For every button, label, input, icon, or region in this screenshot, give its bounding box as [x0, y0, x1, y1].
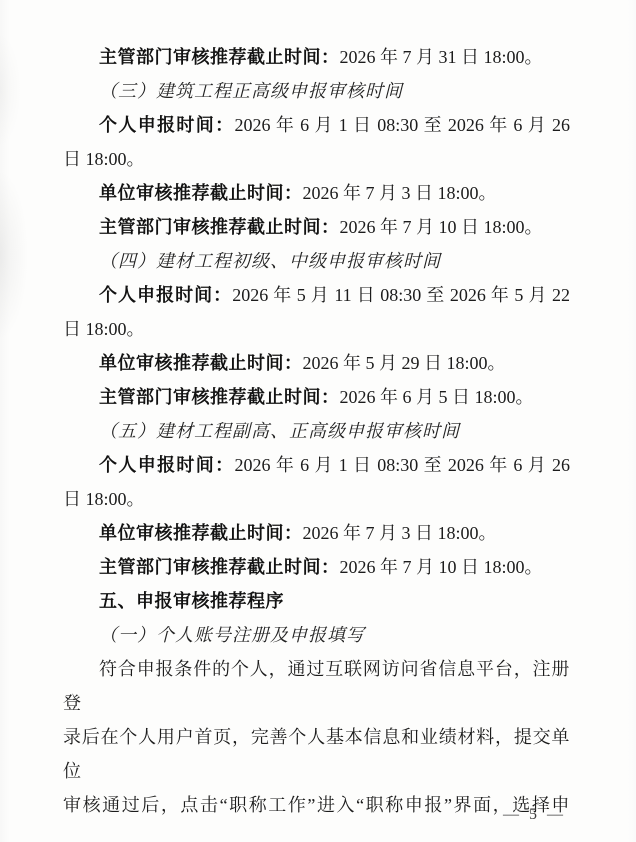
document-body: 主管部门审核推荐截止时间：2026 年 7 月 31 日 18:00。 （三）建…	[63, 40, 570, 822]
section-subheading: （一）个人账号注册及申报填写	[63, 618, 570, 652]
continuation-line: 日 18:00。	[63, 142, 570, 176]
deadline-line: 单位审核推荐截止时间：2026 年 7 月 3 日 18:00。	[63, 516, 570, 550]
deadline-line: 单位审核推荐截止时间：2026 年 5 月 29 日 18:00。	[63, 346, 570, 380]
deadline-line: 主管部门审核推荐截止时间：2026 年 6 月 5 日 18:00。	[63, 380, 570, 414]
deadline-label: 单位审核推荐截止时间：	[99, 183, 303, 203]
deadline-line: 个人申报时间：2026 年 5 月 11 日 08:30 至 2026 年 5 …	[63, 278, 570, 312]
continuation-line: 日 18:00。	[63, 482, 570, 516]
deadline-label: 个人申报时间：	[99, 455, 235, 475]
scanned-document-page: 主管部门审核推荐截止时间：2026 年 7 月 31 日 18:00。 （三）建…	[0, 0, 636, 842]
continuation-line: 日 18:00。	[63, 312, 570, 346]
deadline-value: 2026 年 6 月 1 日 08:30 至 2026 年 6 月 26	[235, 115, 570, 135]
deadline-value: 2026 年 6 月 5 日 18:00。	[340, 387, 534, 407]
deadline-value: 2026 年 7 月 3 日 18:00。	[303, 183, 497, 203]
deadline-value: 2026 年 7 月 10 日 18:00。	[340, 217, 543, 237]
deadline-value: 2026 年 5 月 29 日 18:00。	[303, 353, 506, 373]
deadline-label: 单位审核推荐截止时间：	[99, 523, 303, 543]
deadline-label: 主管部门审核推荐截止时间：	[99, 557, 340, 577]
deadline-value: 2026 年 6 月 1 日 08:30 至 2026 年 6 月 26	[235, 455, 570, 475]
deadline-value: 2026 年 7 月 31 日 18:00。	[340, 47, 543, 67]
deadline-line: 主管部门审核推荐截止时间：2026 年 7 月 31 日 18:00。	[63, 40, 570, 74]
deadline-value: 2026 年 5 月 11 日 08:30 至 2026 年 5 月 22	[232, 285, 570, 305]
deadline-label: 单位审核推荐截止时间：	[99, 353, 303, 373]
deadline-line: 单位审核推荐截止时间：2026 年 7 月 3 日 18:00。	[63, 176, 570, 210]
deadline-label: 个人申报时间：	[99, 115, 235, 135]
section-subheading: （三）建筑工程正高级申报审核时间	[63, 74, 570, 108]
body-paragraph-line: 符合申报条件的个人，通过互联网访问省信息平台，注册登	[63, 652, 570, 720]
deadline-line: 主管部门审核推荐截止时间：2026 年 7 月 10 日 18:00。	[63, 550, 570, 584]
deadline-label: 主管部门审核推荐截止时间：	[99, 47, 340, 67]
section-subheading: （五）建材工程副高、正高级申报审核时间	[63, 414, 570, 448]
body-paragraph-line: 录后在个人用户首页，完善个人基本信息和业绩材料，提交单位	[63, 720, 570, 788]
deadline-label: 主管部门审核推荐截止时间：	[99, 387, 340, 407]
page-number: — 5 —	[503, 806, 566, 824]
deadline-line: 主管部门审核推荐截止时间：2026 年 7 月 10 日 18:00。	[63, 210, 570, 244]
deadline-label: 个人申报时间：	[99, 285, 232, 305]
section-heading: 五、申报审核推荐程序	[63, 584, 570, 618]
deadline-value: 2026 年 7 月 3 日 18:00。	[303, 523, 497, 543]
deadline-value: 2026 年 7 月 10 日 18:00。	[340, 557, 543, 577]
section-subheading: （四）建材工程初级、中级申报审核时间	[63, 244, 570, 278]
deadline-line: 个人申报时间：2026 年 6 月 1 日 08:30 至 2026 年 6 月…	[63, 108, 570, 142]
deadline-label: 主管部门审核推荐截止时间：	[99, 217, 340, 237]
deadline-line: 个人申报时间：2026 年 6 月 1 日 08:30 至 2026 年 6 月…	[63, 448, 570, 482]
body-paragraph-line: 审核通过后，点击“职称工作”进入“职称申报”界面，选择申	[63, 788, 570, 822]
